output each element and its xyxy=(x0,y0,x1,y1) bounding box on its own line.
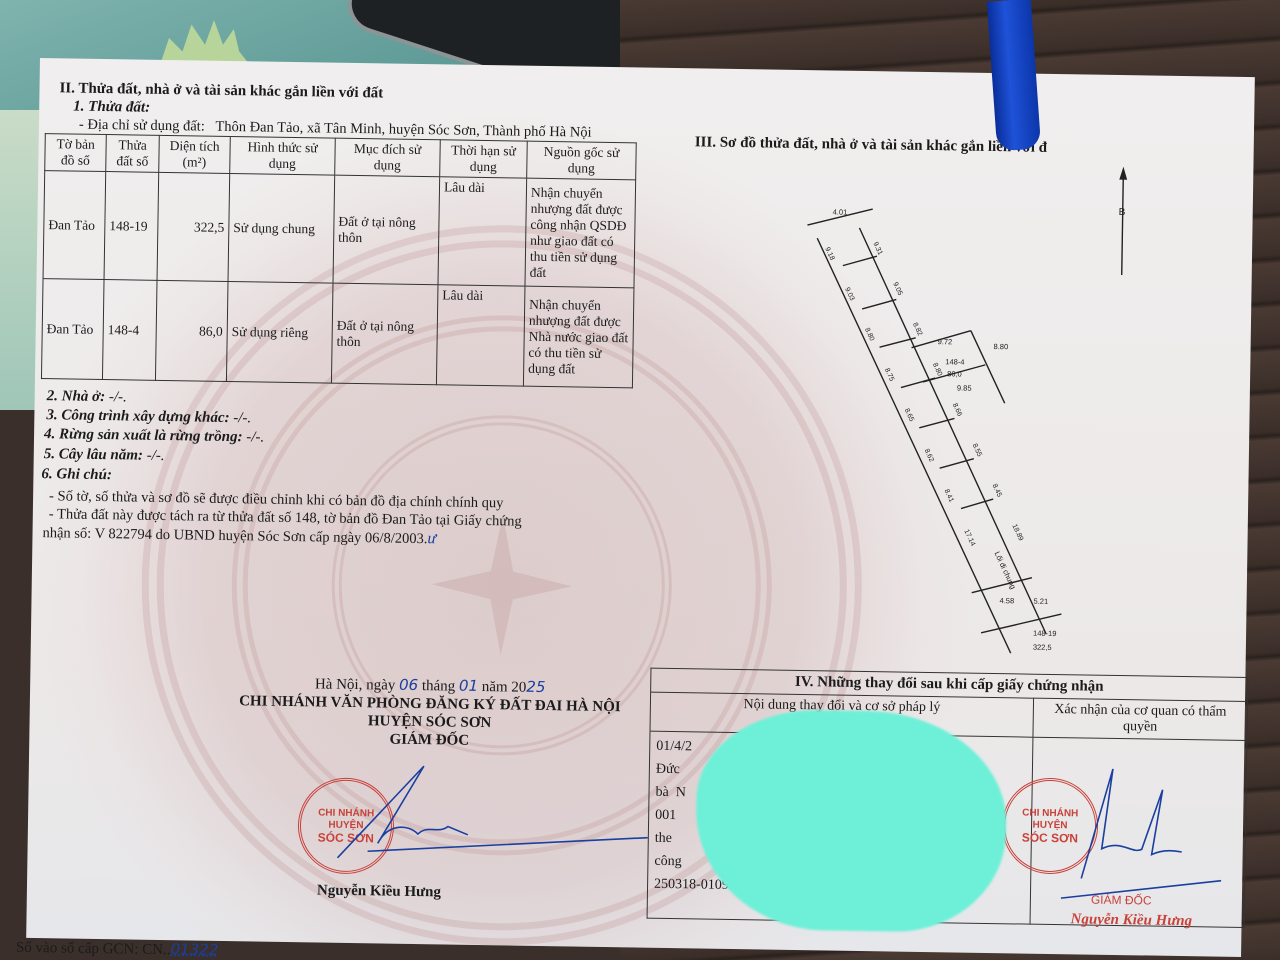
segment-length-label: 8.45 xyxy=(991,483,1003,498)
segment-length-label: 8.62 xyxy=(923,448,935,463)
cell-use-form: Sử dụng chung xyxy=(228,173,335,283)
parcel-148-19-id: 148-19 xyxy=(1033,629,1056,638)
cell-purpose: Đất ở tại nông thôn xyxy=(331,283,438,385)
cell-map-sheet: Đan Tảo xyxy=(41,279,104,380)
gcn-register-number: Số vào sổ cấp GCN: CN..01322 xyxy=(16,938,219,960)
parcel-148-4-top: 9.72 xyxy=(938,337,953,346)
parcel-sketch-diagram: B 4.01 148-4 86,0 9.72 9.85 8.80 Lối đi … xyxy=(771,150,1159,656)
col-map-sheet: Tờ bản đồ số xyxy=(45,134,107,172)
cell-parcel-no: 148-19 xyxy=(104,172,159,281)
cell-parcel-no: 148-4 xyxy=(102,280,157,381)
segment-length-label: 8.65 xyxy=(903,408,915,423)
segment-length-label: 8.41 xyxy=(943,488,955,503)
issue-year: 25 xyxy=(526,678,545,696)
parcel-148-4-bottom: 9.85 xyxy=(957,383,972,392)
privacy-redaction-blob xyxy=(694,708,1007,933)
segment-length-label: 17.14 xyxy=(962,528,976,547)
segment-length-label: 9.03 xyxy=(843,287,855,302)
north-label: B xyxy=(1119,207,1126,218)
cell-origin: Nhận chuyển nhượng đất được Nhà nước gia… xyxy=(523,286,634,388)
col-duration: Thời hạn sử dụng xyxy=(440,140,528,178)
issue-month: 01 xyxy=(459,677,478,695)
cell-map-sheet: Đan Tảo xyxy=(43,171,106,280)
col-purpose: Mục đích sử dụng xyxy=(335,138,441,177)
col-use-form: Hình thức sử dụng xyxy=(230,136,336,175)
parcel-heading: 1. Thửa đất: xyxy=(73,99,150,117)
cell-duration: Lâu dài xyxy=(438,177,527,286)
col-area: Diện tích (m²) xyxy=(159,135,231,173)
signer-name: Nguyễn Kiều Hưng xyxy=(317,882,441,901)
segment-length-label: 8.82 xyxy=(911,322,923,337)
cell-area: 322,5 xyxy=(157,172,230,281)
perennial-trees-item: 5. Cây lâu năm: -/-. xyxy=(44,446,165,465)
segment-length-label: 9.05 xyxy=(891,281,903,296)
col-authority-confirmation: Xác nhận của cơ quan có thẩm quyền xyxy=(1033,698,1248,740)
segment-length-label: 18.89 xyxy=(1010,523,1024,542)
cell-area: 86,0 xyxy=(155,280,228,381)
issue-day: 06 xyxy=(399,676,418,694)
cell-duration: Lâu dài xyxy=(436,285,525,386)
segment-length-label: 8.66 xyxy=(951,402,963,417)
cell-use-form: Sử dụng riêng xyxy=(226,281,333,383)
cell-origin: Nhận chuyển nhượng đất được công nhận QS… xyxy=(525,178,636,288)
other-construction-item: 3. Công trình xây dựng khác: -/-. xyxy=(46,407,251,427)
land-certificate-page: II. Thửa đất, nhà ở và tài sản khác gắn … xyxy=(26,58,1255,957)
signature-scribble-2 xyxy=(1041,758,1223,911)
parcel-148-4-area: 86,0 xyxy=(947,369,962,378)
parcel-table: Tờ bản đồ số Thửa đất số Diện tích (m²) … xyxy=(41,133,637,388)
address-label: - Địa chỉ sử dụng đất: xyxy=(79,117,205,135)
stamp-signer: Nguyễn Kiều Hưng xyxy=(1070,908,1192,933)
table-row: Đan Tảo 148-4 86,0 Sử dụng riêng Đất ở t… xyxy=(41,279,633,388)
issuance-signature-block: Hà Nội, ngày 06 tháng 01 năm 2025 CHI NH… xyxy=(219,673,640,753)
handwritten-initial: ư xyxy=(427,530,436,547)
segment-length-label: 9.31 xyxy=(871,241,883,256)
house-item: 2. Nhà ở: -/-. xyxy=(47,388,127,406)
lane-width: 4.58 xyxy=(1000,596,1015,605)
col-parcel-no: Thửa đất số xyxy=(106,135,160,173)
lane-end: 5.21 xyxy=(1034,597,1049,606)
segment-length-label: 8.75 xyxy=(883,367,895,382)
signature-scribble xyxy=(327,763,649,878)
notes-heading: 6. Ghi chú: xyxy=(41,466,112,484)
production-forest-item: 4. Rừng sản xuất là rừng trồng: -/-. xyxy=(44,426,264,446)
top-width-label: 4.01 xyxy=(833,207,848,216)
parcel-148-19-area: 322,5 xyxy=(1033,643,1052,652)
parcel-148-4-right: 8.80 xyxy=(994,342,1009,351)
col-origin: Nguồn gốc sử dụng xyxy=(527,141,637,180)
cell-purpose: Đất ở tại nông thôn xyxy=(333,175,440,285)
segment-length-label: 8.80 xyxy=(931,362,943,377)
table-row: Đan Tảo 148-19 322,5 Sử dụng chung Đất ở… xyxy=(43,171,636,288)
parcel-148-4-id: 148-4 xyxy=(945,357,964,366)
segment-length-label: 8.55 xyxy=(971,443,983,458)
authority-confirmation-cell: CHI NHÁNH HUYỆN SÓC SƠN GIÁM ĐỐC Nguyễn … xyxy=(1030,737,1247,927)
